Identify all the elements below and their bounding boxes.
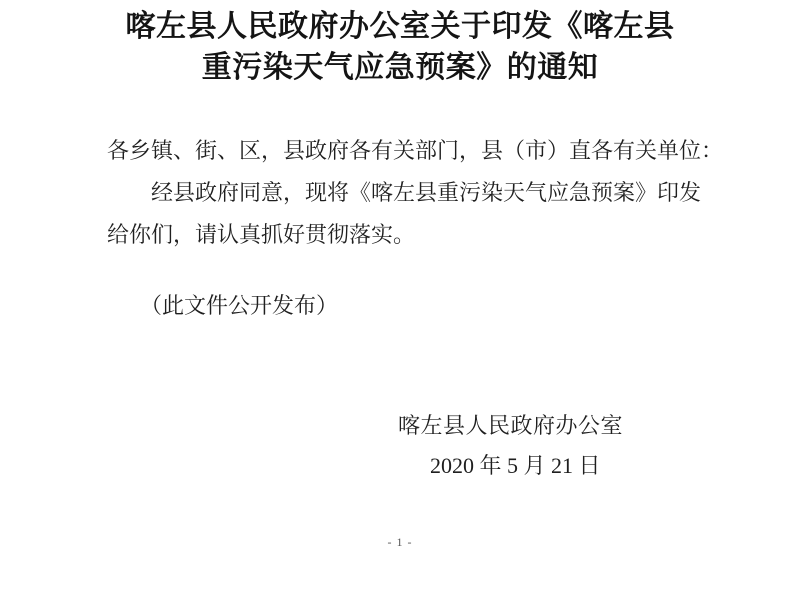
body-paragraph-line-1: 经县政府同意，现将《喀左县重污染天气应急预案》印发 (107, 172, 707, 214)
page-number: - 1 - (0, 535, 800, 550)
body-paragraph-line-2: 给你们，请认真抓好贯彻落实。 (107, 214, 707, 256)
public-release-note: （此文件公开发布） (140, 291, 338, 321)
document-title-line2: 重污染天气应急预案》的通知 (0, 49, 800, 87)
issuing-office-signature: 喀左县人民政府办公室 (398, 411, 623, 441)
salutation-line: 各乡镇、街、区，县政府各有关部门，县（市）直各有关单位： (107, 130, 707, 172)
document-body: 各乡镇、街、区，县政府各有关部门，县（市）直各有关单位： 经县政府同意，现将《喀… (107, 130, 707, 256)
document-title-line1: 喀左县人民政府办公室关于印发《喀左县 (0, 8, 800, 46)
document-page: 喀左县人民政府办公室关于印发《喀左县 重污染天气应急预案》的通知 各乡镇、街、区… (0, 0, 800, 608)
issue-date: 2020 年 5 月 21 日 (430, 451, 601, 481)
